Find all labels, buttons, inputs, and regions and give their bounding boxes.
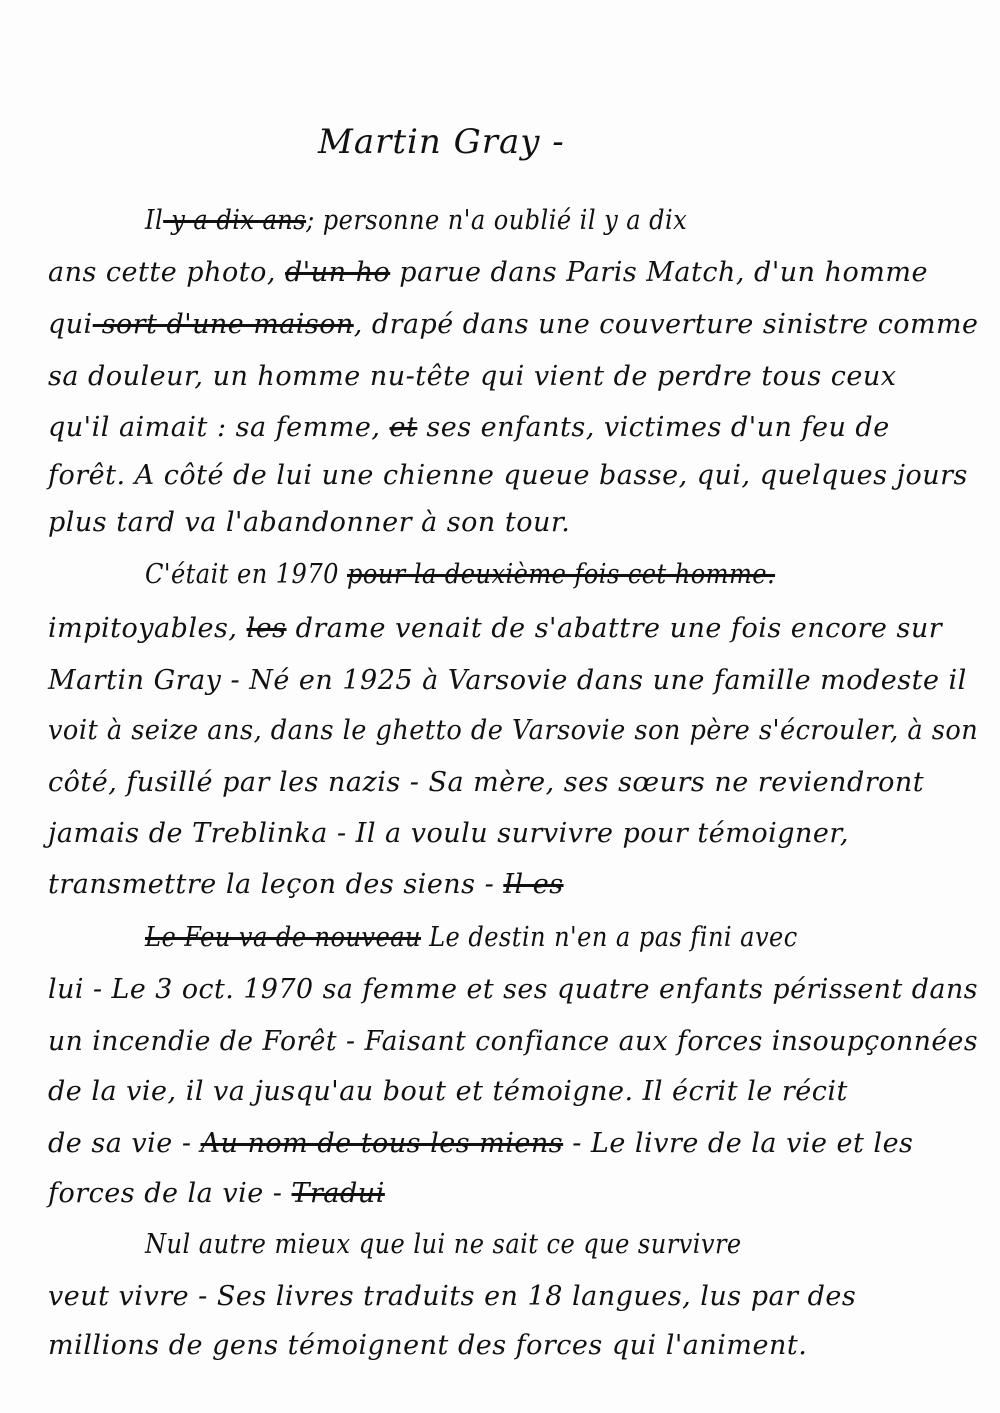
text-segment: , drapé dans une couverture sinistre com…: [354, 309, 979, 340]
text-segment: veut vivre - Ses livres traduits en 18 l…: [48, 1281, 856, 1312]
text-segment: ses enfants, victimes d'un feu de: [417, 412, 889, 443]
struck-text: Au nom de tous les miens: [201, 1128, 564, 1159]
text-segment: ; personne n'a oublié il y a dix: [306, 205, 687, 236]
struck-text: d'un ho: [285, 257, 390, 288]
text-segment: parue dans Paris Match, d'un homme: [390, 257, 928, 288]
text-segment: plus tard va l'abandonner à son tour.: [48, 507, 570, 538]
text-line: de sa vie - Au nom de tous les miens - L…: [48, 1128, 978, 1159]
text-line: C'était en 1970 pour la deuxième fois ce…: [145, 559, 975, 590]
text-segment: voit à seize ans, dans le ghetto de Vars…: [48, 715, 978, 746]
text-line: ans cette photo, d'un ho parue dans Pari…: [48, 257, 978, 288]
text-segment: Martin Gray - Né en 1925 à Varsovie dans…: [48, 665, 967, 696]
text-segment: forêt. A côté de lui une chienne queue b…: [48, 460, 968, 491]
text-segment: drame venait de s'abattre une fois encor…: [287, 613, 943, 644]
text-segment: jamais de Treblinka - Il a voulu survivr…: [48, 818, 849, 849]
text-segment: de la vie, il va jusqu'au bout et témoig…: [48, 1076, 848, 1107]
text-line: qu'il aimait : sa femme, et ses enfants,…: [48, 412, 978, 443]
text-line: Martin Gray - Né en 1925 à Varsovie dans…: [48, 665, 978, 696]
text-segment: lui - Le 3 oct. 1970 sa femme et ses qua…: [48, 974, 978, 1005]
struck-text: pour la deuxième fois cet homme.: [347, 559, 775, 590]
text-segment: transmettre la leçon des siens -: [48, 869, 503, 900]
text-segment: qui: [48, 309, 93, 340]
text-line: forces de la vie - Tradui: [48, 1178, 978, 1209]
text-segment: Le destin n'en a pas fini avec: [421, 922, 798, 953]
text-segment: côté, fusillé par les nazis - Sa mère, s…: [48, 767, 924, 798]
text-segment: Nul autre mieux que lui ne sait ce que s…: [145, 1229, 742, 1260]
page-title: Martin Gray -: [318, 122, 565, 162]
text-line: Il y a dix ans; personne n'a oublié il y…: [145, 205, 975, 236]
text-line: veut vivre - Ses livres traduits en 18 l…: [48, 1281, 978, 1312]
text-segment: qu'il aimait : sa femme,: [48, 412, 389, 443]
text-line: sa douleur, un homme nu-tête qui vient d…: [48, 361, 978, 392]
struck-text: y a dix ans: [163, 205, 306, 236]
text-line: Le Feu va de nouveau Le destin n'en a pa…: [145, 922, 975, 953]
text-line: qui sort d'une maison, drapé dans une co…: [48, 309, 975, 340]
text-line: côté, fusillé par les nazis - Sa mère, s…: [48, 767, 978, 798]
text-segment: Il: [145, 205, 163, 236]
text-segment: de sa vie -: [48, 1128, 201, 1159]
struck-text: Le Feu va de nouveau: [145, 922, 421, 953]
text-segment: C'était en 1970: [145, 559, 347, 590]
text-line: transmettre la leçon des siens - Il es: [48, 869, 978, 900]
text-line: Nul autre mieux que lui ne sait ce que s…: [145, 1229, 975, 1260]
text-line: impitoyables, les drame venait de s'abat…: [48, 613, 978, 644]
text-segment: ,: [228, 613, 246, 644]
struck-text: Il es: [503, 869, 563, 900]
struck-text: et: [389, 412, 417, 443]
text-segment: - Le livre de la vie et les: [563, 1128, 913, 1159]
text-line: millions de gens témoignent des forces q…: [48, 1330, 978, 1361]
text-segment: sa douleur, un homme nu-tête qui vient d…: [48, 361, 896, 392]
text-line: un incendie de Forêt - Faisant confiance…: [48, 1026, 964, 1057]
text-segment: un incendie de Forêt - Faisant confiance…: [48, 1026, 978, 1057]
struck-text: Tradui: [292, 1178, 385, 1209]
text-line: voit à seize ans, dans le ghetto de Vars…: [48, 715, 930, 746]
text-segment: forces de la vie -: [48, 1178, 292, 1209]
text-line: forêt. A côté de lui une chienne queue b…: [48, 460, 978, 491]
handwritten-page: Martin Gray - Il y a dix ans; personne n…: [0, 0, 1000, 1413]
text-line: lui - Le 3 oct. 1970 sa femme et ses qua…: [48, 974, 972, 1005]
text-line: de la vie, il va jusqu'au bout et témoig…: [48, 1076, 978, 1107]
struck-text: sort d'une maison: [93, 309, 354, 340]
text-line: jamais de Treblinka - Il a voulu survivr…: [48, 818, 978, 849]
text-segment: ans cette photo,: [48, 257, 285, 288]
text-segment: millions de gens témoignent des forces q…: [48, 1330, 807, 1361]
text-line: plus tard va l'abandonner à son tour.: [48, 507, 978, 538]
text-segment: impitoyables: [48, 613, 228, 644]
struck-text: les: [247, 613, 287, 644]
